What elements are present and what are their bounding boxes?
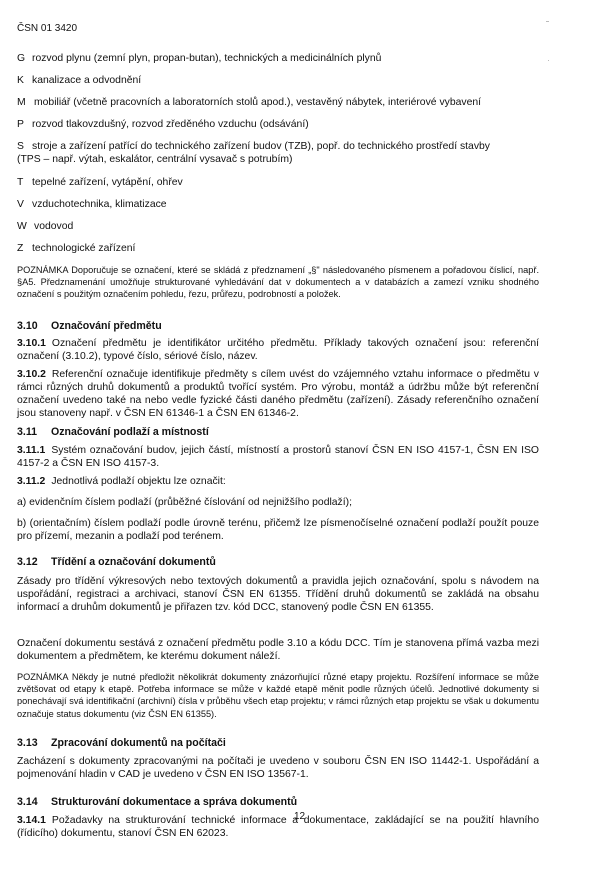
paragraph-number: 3.10.1 [17,338,46,349]
section-heading-3-12: 3.12Třídění a označování dokumentů [17,556,539,568]
code-text: technologické zařízení [32,243,135,254]
scan-speck [546,21,549,22]
code-letter: M [17,96,34,109]
scan-speck [548,60,549,61]
code-text: vzduchotechnika, klimatizace [32,199,167,210]
code-letter: V [17,198,32,211]
section-heading-3-13: 3.13Zpracování dokumentů na počítači [17,737,539,749]
section-heading-3-14: 3.14Strukturování dokumentace a správa d… [17,796,539,808]
page-number: 12 [0,811,599,822]
code-letter: T [17,176,32,189]
code-letter: W [17,220,34,233]
code-item-v: Vvzduchotechnika, klimatizace [17,198,539,211]
section-title: Zpracování dokumentů na počítači [51,737,226,749]
paragraph-number: 3.11.2 [17,476,45,487]
code-text: rozvod tlakovzdušný, rozvod zředěného vz… [32,119,309,130]
paragraph-text: Jednotlivá podlaží objektu lze označit: [51,476,225,487]
code-text: stroje a zařízení patřící do technického… [32,141,490,152]
section-number: 3.14 [17,796,51,808]
code-item-z: Ztechnologické zařízení [17,242,539,255]
section-title: Třídění a označování dokumentů [51,556,216,568]
code-item-w: Wvodovod [17,220,539,233]
section-title: Označování podlaží a místností [51,426,209,438]
note-paragraph: POZNÁMKA Doporučuje se označení, které s… [17,264,539,301]
section-number: 3.13 [17,737,51,749]
code-letter: P [17,118,32,131]
code-item-p: Prozvod tlakovzdušný, rozvod zředěného v… [17,118,539,131]
section-title: Označování předmětu [51,320,162,332]
code-text: rozvod plynu (zemní plyn, propan-butan),… [32,53,381,64]
paragraph-number: 3.10.2 [17,369,46,380]
section-heading-3-11: 3.11Označování podlaží a místností [17,426,539,438]
paragraph-3-12-2: Označení dokumentu sestává z označení př… [17,637,539,663]
paragraph-text: Označení předmětu je identifikátor určit… [17,338,539,362]
code-text: vodovod [34,221,73,232]
section-number: 3.12 [17,556,51,568]
section-number: 3.10 [17,320,51,332]
paragraph-3-10-1: 3.10.1Označení předmětu je identifikátor… [17,337,539,363]
section-number: 3.11 [17,426,51,438]
code-letter: S [17,140,32,153]
paragraph-number: 3.11.1 [17,445,45,456]
code-text: kanalizace a odvodnění [32,75,141,86]
code-item-t: Ttepelné zařízení, vytápění, ohřev [17,176,539,189]
code-text: tepelné zařízení, vytápění, ohřev [32,177,183,188]
code-letter: K [17,74,32,87]
code-item-g: Grozvod plynu (zemní plyn, propan-butan)… [17,52,539,65]
code-letter: G [17,52,32,65]
code-item-k: Kkanalizace a odvodnění [17,74,539,87]
list-item-a: a) evidenčním číslem podlaží (průběžné č… [17,496,539,509]
code-item-m: Mmobiliář (včetně pracovních a laborator… [17,96,539,109]
paragraph-3-12-1: Zásady pro třídění výkresových nebo text… [17,575,539,614]
document-id: ČSN 01 3420 [17,23,539,34]
section-heading-3-10: 3.10Označování předmětu [17,320,539,332]
paragraph-3-11-2: 3.11.2Jednotlivá podlaží objektu lze ozn… [17,475,539,488]
paragraph-3-13: Zacházení s dokumenty zpracovanými na po… [17,755,539,781]
list-item-b: b) (orientačním) číslem podlaží podle úr… [17,517,539,543]
code-text: mobiliář (včetně pracovních a laboratorn… [34,97,481,108]
paragraph-text: Systém označování budov, jejich částí, m… [17,445,539,469]
code-text-continuation: (TPS – např. výtah, eskalátor, centrální… [17,153,539,166]
code-item-s: Sstroje a zařízení patřící do technickéh… [17,140,539,166]
code-letter: Z [17,242,32,255]
note-paragraph-3-12: POZNÁMKA Někdy je nutné předložit několi… [17,671,539,720]
paragraph-3-10-2: 3.10.2Referenční označuje identifikuje p… [17,368,539,420]
paragraph-text: Referenční označuje identifikuje předmět… [17,369,539,419]
paragraph-3-11-1: 3.11.1Systém označování budov, jejich čá… [17,444,539,470]
section-title: Strukturování dokumentace a správa dokum… [51,796,297,808]
